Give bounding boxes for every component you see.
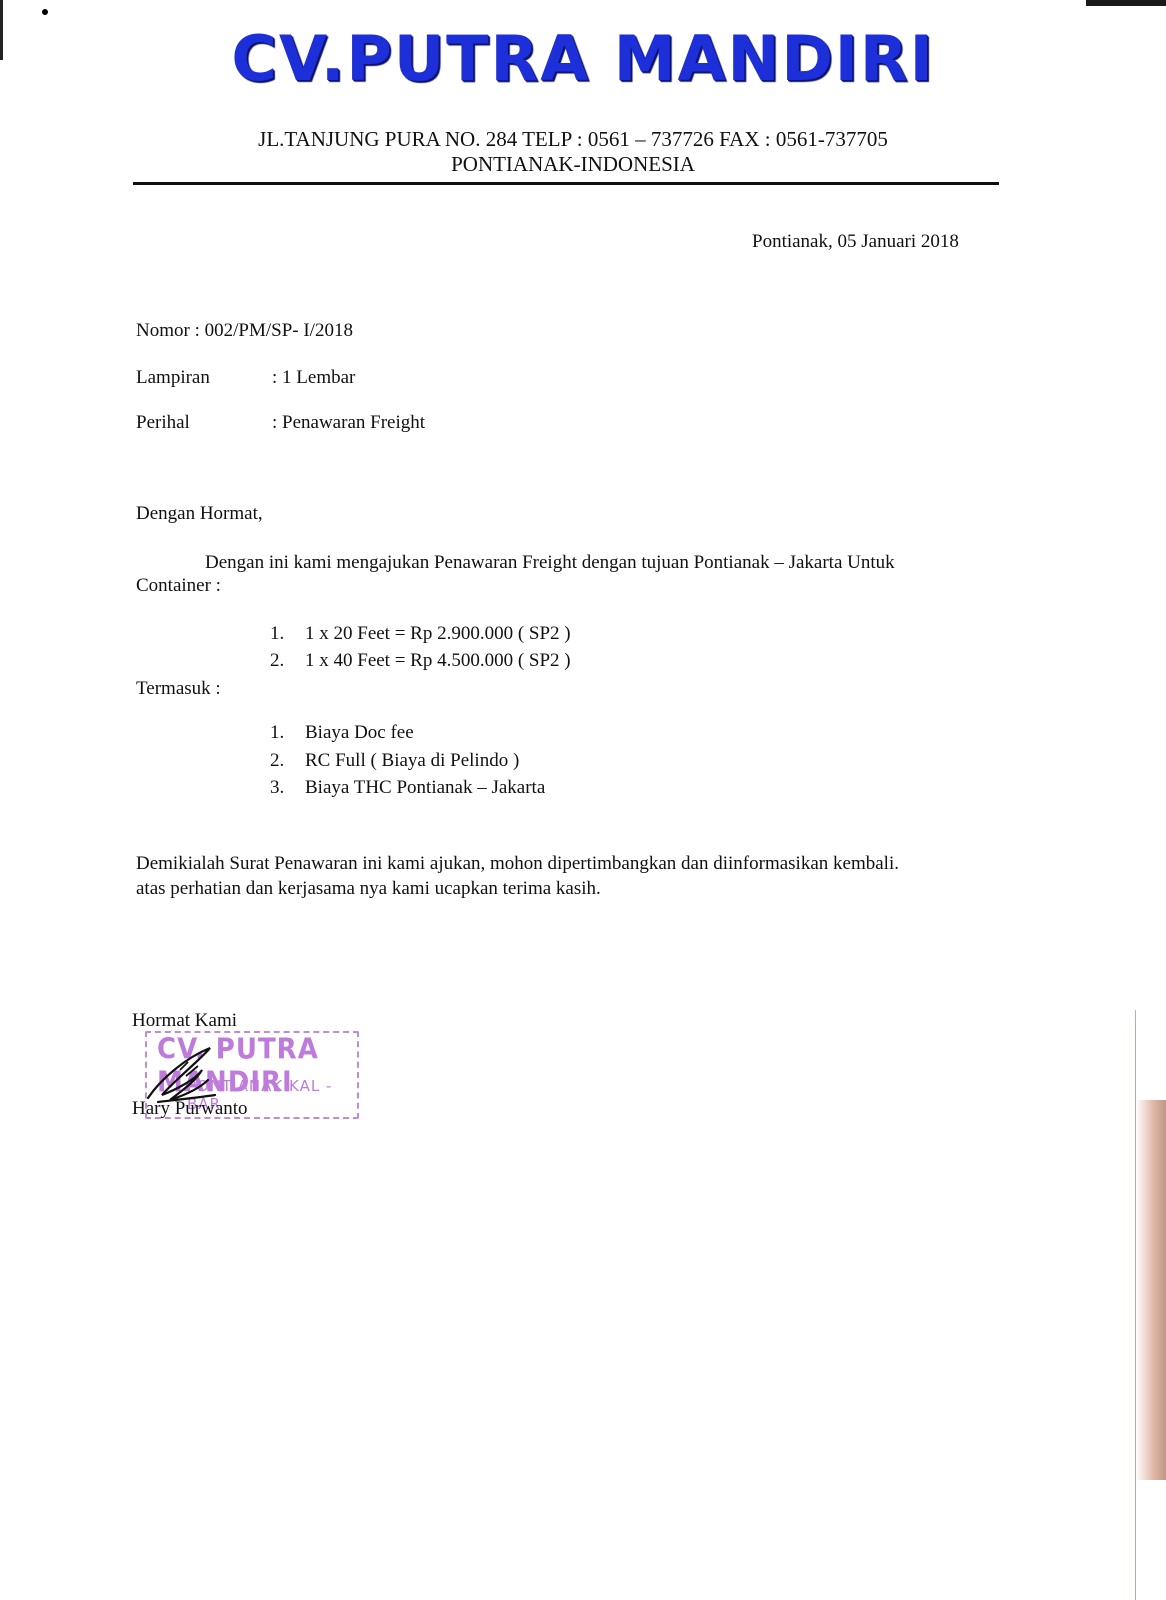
- subject-value: : Penawaran Freight: [272, 412, 425, 434]
- closing-line2: atas perhatian dan kerjasama nya kami uc…: [136, 878, 601, 900]
- scan-speck: [42, 9, 48, 15]
- company-city: PONTIANAK-INDONESIA: [0, 152, 1156, 177]
- includes-label: Termasuk :: [136, 678, 221, 700]
- intro-paragraph-line2: Container :: [136, 575, 221, 597]
- scan-edge-top: [1086, 0, 1166, 6]
- letterhead-divider: [133, 182, 999, 185]
- include-item: Biaya Doc fee: [305, 722, 414, 744]
- intro-paragraph-line1: Dengan ini kami mengajukan Penawaran Fre…: [205, 552, 895, 574]
- subject-label: Perihal: [136, 412, 190, 434]
- price-item-number: 1.: [270, 623, 284, 645]
- signoff: Hormat Kami: [132, 1010, 237, 1032]
- price-item-number: 2.: [270, 650, 284, 672]
- include-item-number: 3.: [270, 777, 284, 799]
- signer-name: Hary Purwanto: [132, 1098, 248, 1120]
- letter-number: Nomor : 002/PM/SP- I/2018: [136, 320, 353, 342]
- include-item: Biaya THC Pontianak – Jakarta: [305, 777, 545, 799]
- scan-stain: [1136, 1100, 1166, 1480]
- include-item-number: 1.: [270, 722, 284, 744]
- company-address: JL.TANJUNG PURA NO. 284 TELP : 0561 – 73…: [0, 127, 1156, 152]
- attachment-value: : 1 Lembar: [272, 367, 355, 389]
- greeting: Dengan Hormat,: [136, 503, 263, 525]
- price-item: 1 x 20 Feet = Rp 2.900.000 ( SP2 ): [305, 623, 571, 645]
- closing-line1: Demikialah Surat Penawaran ini kami ajuk…: [136, 853, 899, 875]
- include-item-number: 2.: [270, 750, 284, 772]
- price-item: 1 x 40 Feet = Rp 4.500.000 ( SP2 ): [305, 650, 571, 672]
- letter-date: Pontianak, 05 Januari 2018: [752, 231, 959, 253]
- attachment-label: Lampiran: [136, 367, 210, 389]
- include-item: RC Full ( Biaya di Pelindo ): [305, 750, 519, 772]
- company-name: CV.PUTRA MANDIRI: [0, 22, 1166, 95]
